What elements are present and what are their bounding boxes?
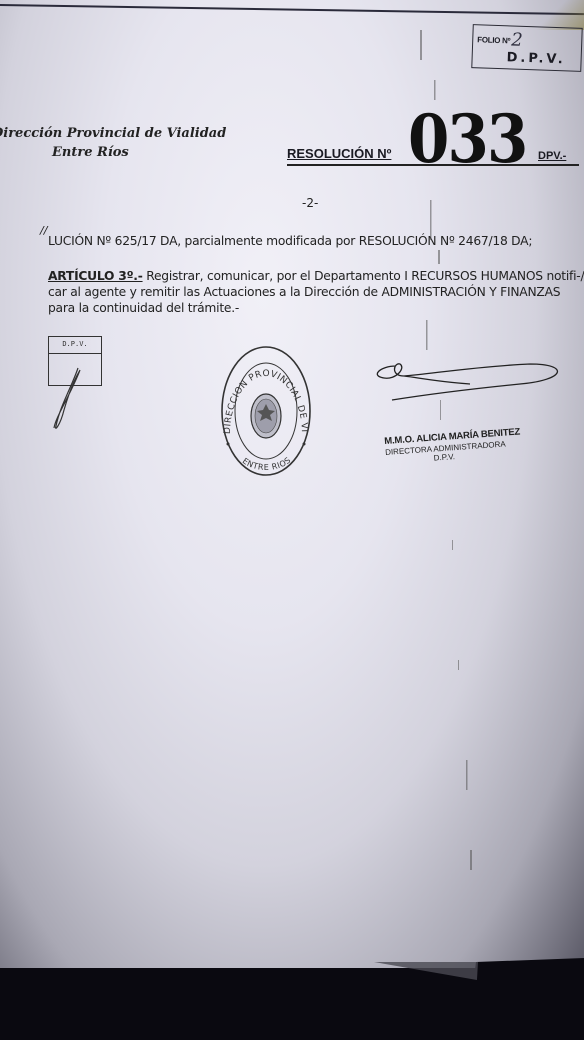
article-title: ARTÍCULO 3º.- [48,269,143,283]
article-3-line-1: ARTÍCULO 3º.- Registrar, comunicar, por … [48,269,584,283]
folio-dpv: D.P.V. [506,50,566,67]
official-seal-icon: DIRECCION PROVINCIAL DE VIALIDAD ENTRE R… [220,344,312,478]
initials-signature-icon [50,366,90,436]
continuation-mark: // [40,224,47,237]
initials-box-label: D.P.V. [49,337,101,354]
organization-province: Entre Ríos [52,145,226,160]
photocopy-specks-icon [410,20,490,880]
resolution-label: RESOLUCIÓN Nº [287,146,391,161]
organization-header: Dirección Provincial de Vialidad Entre R… [0,126,226,160]
folio-number: 2 [511,29,523,50]
document-page: FOLIO Nº 2 D.P.V. Dirección Provincial d… [0,0,584,968]
page-number: -2- [302,196,318,210]
article-3-line-3: para la continuidad del trámite.- [48,301,239,315]
organization-name: Dirección Provincial de Vialidad [0,126,226,141]
article-text-1: Registrar, comunicar, por el Departament… [143,269,584,283]
resolution-suffix: DPV.- [538,150,566,162]
page-edge-line [0,4,584,15]
